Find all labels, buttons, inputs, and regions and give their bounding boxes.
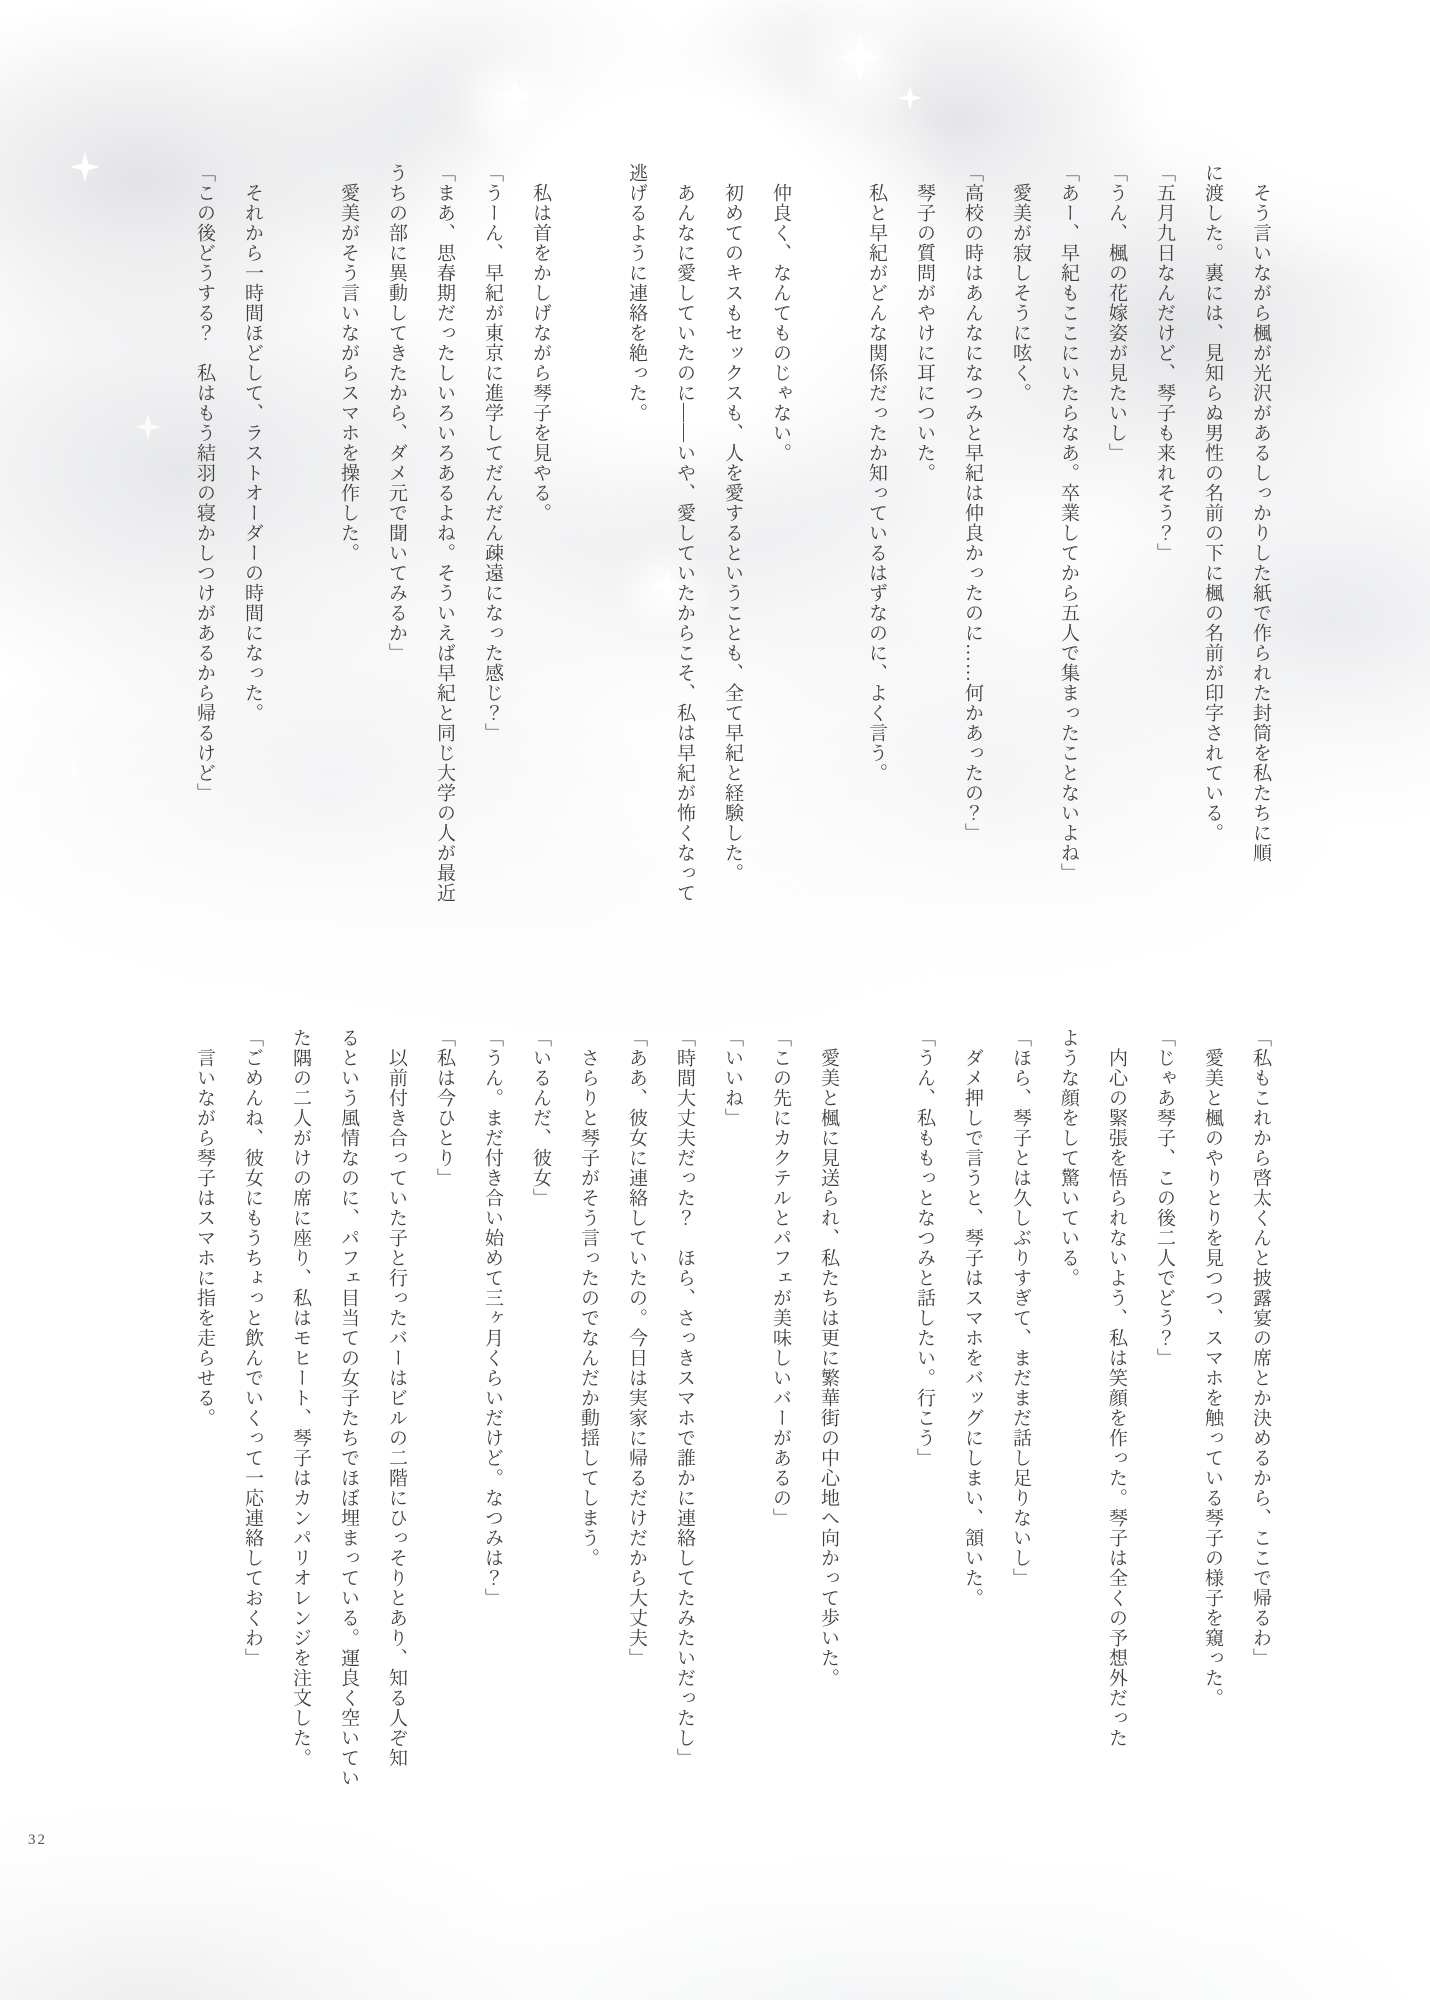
text-column: そう言いながら楓が光沢があるしっかりした紙で作られた封筒を私たちに順 (1236, 163, 1284, 979)
text-column: 「ああ、彼女に連絡していたの。今日は実家に帰るだけだから大丈夫」 (612, 1028, 660, 1844)
text-column: た隅の二人がけの席に座り、私はモヒート、琴子はカンパリオレンジを注文した。 (276, 1028, 324, 1844)
text-column: 「まあ、思春期だったしいろいろあるよね。そういえば早紀と同じ大学の人が最近 (420, 163, 468, 979)
text-column: 仲良く、なんてものじゃない。 (756, 163, 804, 979)
text-column: 「あー、早紀もここにいたらなあ。卒業してから五人で集まったことないよね」 (1044, 163, 1092, 979)
text-column: 愛美と楓に見送られ、私たちは更に繁華街の中心地へ向かって歩いた。 (804, 1028, 852, 1844)
text-column: ダメ押しで言うと、琴子はスマホをバッグにしまい、頷いた。 (948, 1028, 996, 1844)
text-column: 愛美が寂しそうに呟く。 (996, 163, 1044, 979)
text-column: 琴子の質問がやけに耳についた。 (900, 163, 948, 979)
text-column: 「うん、楓の花嫁姿が見たいし」 (1092, 163, 1140, 979)
page-number: 32 (28, 1832, 47, 1849)
text-column (852, 1028, 900, 1844)
text-column: 言いながら琴子はスマホに指を走らせる。 (180, 1028, 228, 1844)
text-column: 「ごめんね、彼女にもうちょっと飲んでいくって一応連絡しておくわ」 (228, 1028, 276, 1844)
text-column: 「うん、私ももっとなつみと話したい。行こう」 (900, 1028, 948, 1844)
text-column: うちの部に異動してきたから、ダメ元で聞いてみるか」 (372, 163, 420, 979)
text-column: 「高校の時はあんなになつみと早紀は仲良かったのに……何かあったの？」 (948, 163, 996, 979)
sparkle-glow (455, 50, 565, 160)
novel-page: そう言いながら楓が光沢があるしっかりした紙で作られた封筒を私たちに順に渡した。裏… (0, 0, 1430, 2000)
text-column: 初めてのキスもセックスも、人を愛するということも、全て早紀と経験した。 (708, 163, 756, 979)
text-column: あんなに愛していたのに——いや、愛していたからこそ、私は早紀が怖くなって (660, 163, 708, 979)
text-column: 「この後どうする？ 私はもう結羽の寝かしつけがあるから帰るけど」 (180, 163, 228, 979)
text-column: 愛美と楓のやりとりを見つつ、スマホを触っている琴子の様子を窺った。 (1188, 1028, 1236, 1844)
text-column: るという風情なのに、パフェ目当ての女子たちでほぼ埋まっている。運良く空いてい (324, 1028, 372, 1844)
text-column: ような顔をして驚いている。 (1044, 1028, 1092, 1844)
text-column: 私と早紀がどんな関係だったか知っているはずなのに、よく言う。 (852, 163, 900, 979)
text-column: 内心の緊張を悟られないよう、私は笑顔を作った。琴子は全くの予想外だった (1092, 1028, 1140, 1844)
text-column: それから一時間ほどして、ラストオーダーの時間になった。 (228, 163, 276, 979)
text-column: 「うん。まだ付き合い始めて三ヶ月くらいだけど。なつみは？」 (468, 1028, 516, 1844)
text-column: 私は首をかしげながら琴子を見やる。 (516, 163, 564, 979)
text-column: 逃げるように連絡を絶った。 (612, 163, 660, 979)
text-column: 「五月九日なんだけど、琴子も来れそう？」 (1140, 163, 1188, 979)
text-column: 「私もこれから啓太くんと披露宴の席とか決めるから、ここで帰るわ」 (1236, 1028, 1284, 1844)
text-column: 「じゃあ琴子、この後二人でどう？」 (1140, 1028, 1188, 1844)
text-column (276, 163, 324, 979)
text-column (564, 163, 612, 979)
text-column: に渡した。裏には、見知らぬ男性の名前の下に楓の名前が印字されている。 (1188, 163, 1236, 979)
text-column: 愛美がそう言いながらスマホを操作した。 (324, 163, 372, 979)
upper-text-band: そう言いながら楓が光沢があるしっかりした紙で作られた封筒を私たちに順に渡した。裏… (180, 163, 1284, 979)
text-column: さらりと琴子がそう言ったのでなんだか動揺してしまう。 (564, 1028, 612, 1844)
text-column: 「この先にカクテルとパフェが美味しいバーがあるの」 (756, 1028, 804, 1844)
lower-text-band: 「私もこれから啓太くんと披露宴の席とか決めるから、ここで帰るわ」 愛美と楓のやり… (180, 1028, 1284, 1844)
text-column: 「いるんだ、彼女」 (516, 1028, 564, 1844)
text-column: 以前付き合っていた子と行ったバーはビルの二階にひっそりとあり、知る人ぞ知 (372, 1028, 420, 1844)
text-column: 「ほら、琴子とは久しぶりすぎて、まだまだ話し足りないし」 (996, 1028, 1044, 1844)
text-column: 「いいね」 (708, 1028, 756, 1844)
text-column: 「うーん、早紀が東京に進学してだんだん疎遠になった感じ？」 (468, 163, 516, 979)
text-column (804, 163, 852, 979)
text-column: 「時間大丈夫だった？ ほら、さっきスマホで誰かに連絡してたみたいだったし」 (660, 1028, 708, 1844)
text-column: 「私は今ひとり」 (420, 1028, 468, 1844)
